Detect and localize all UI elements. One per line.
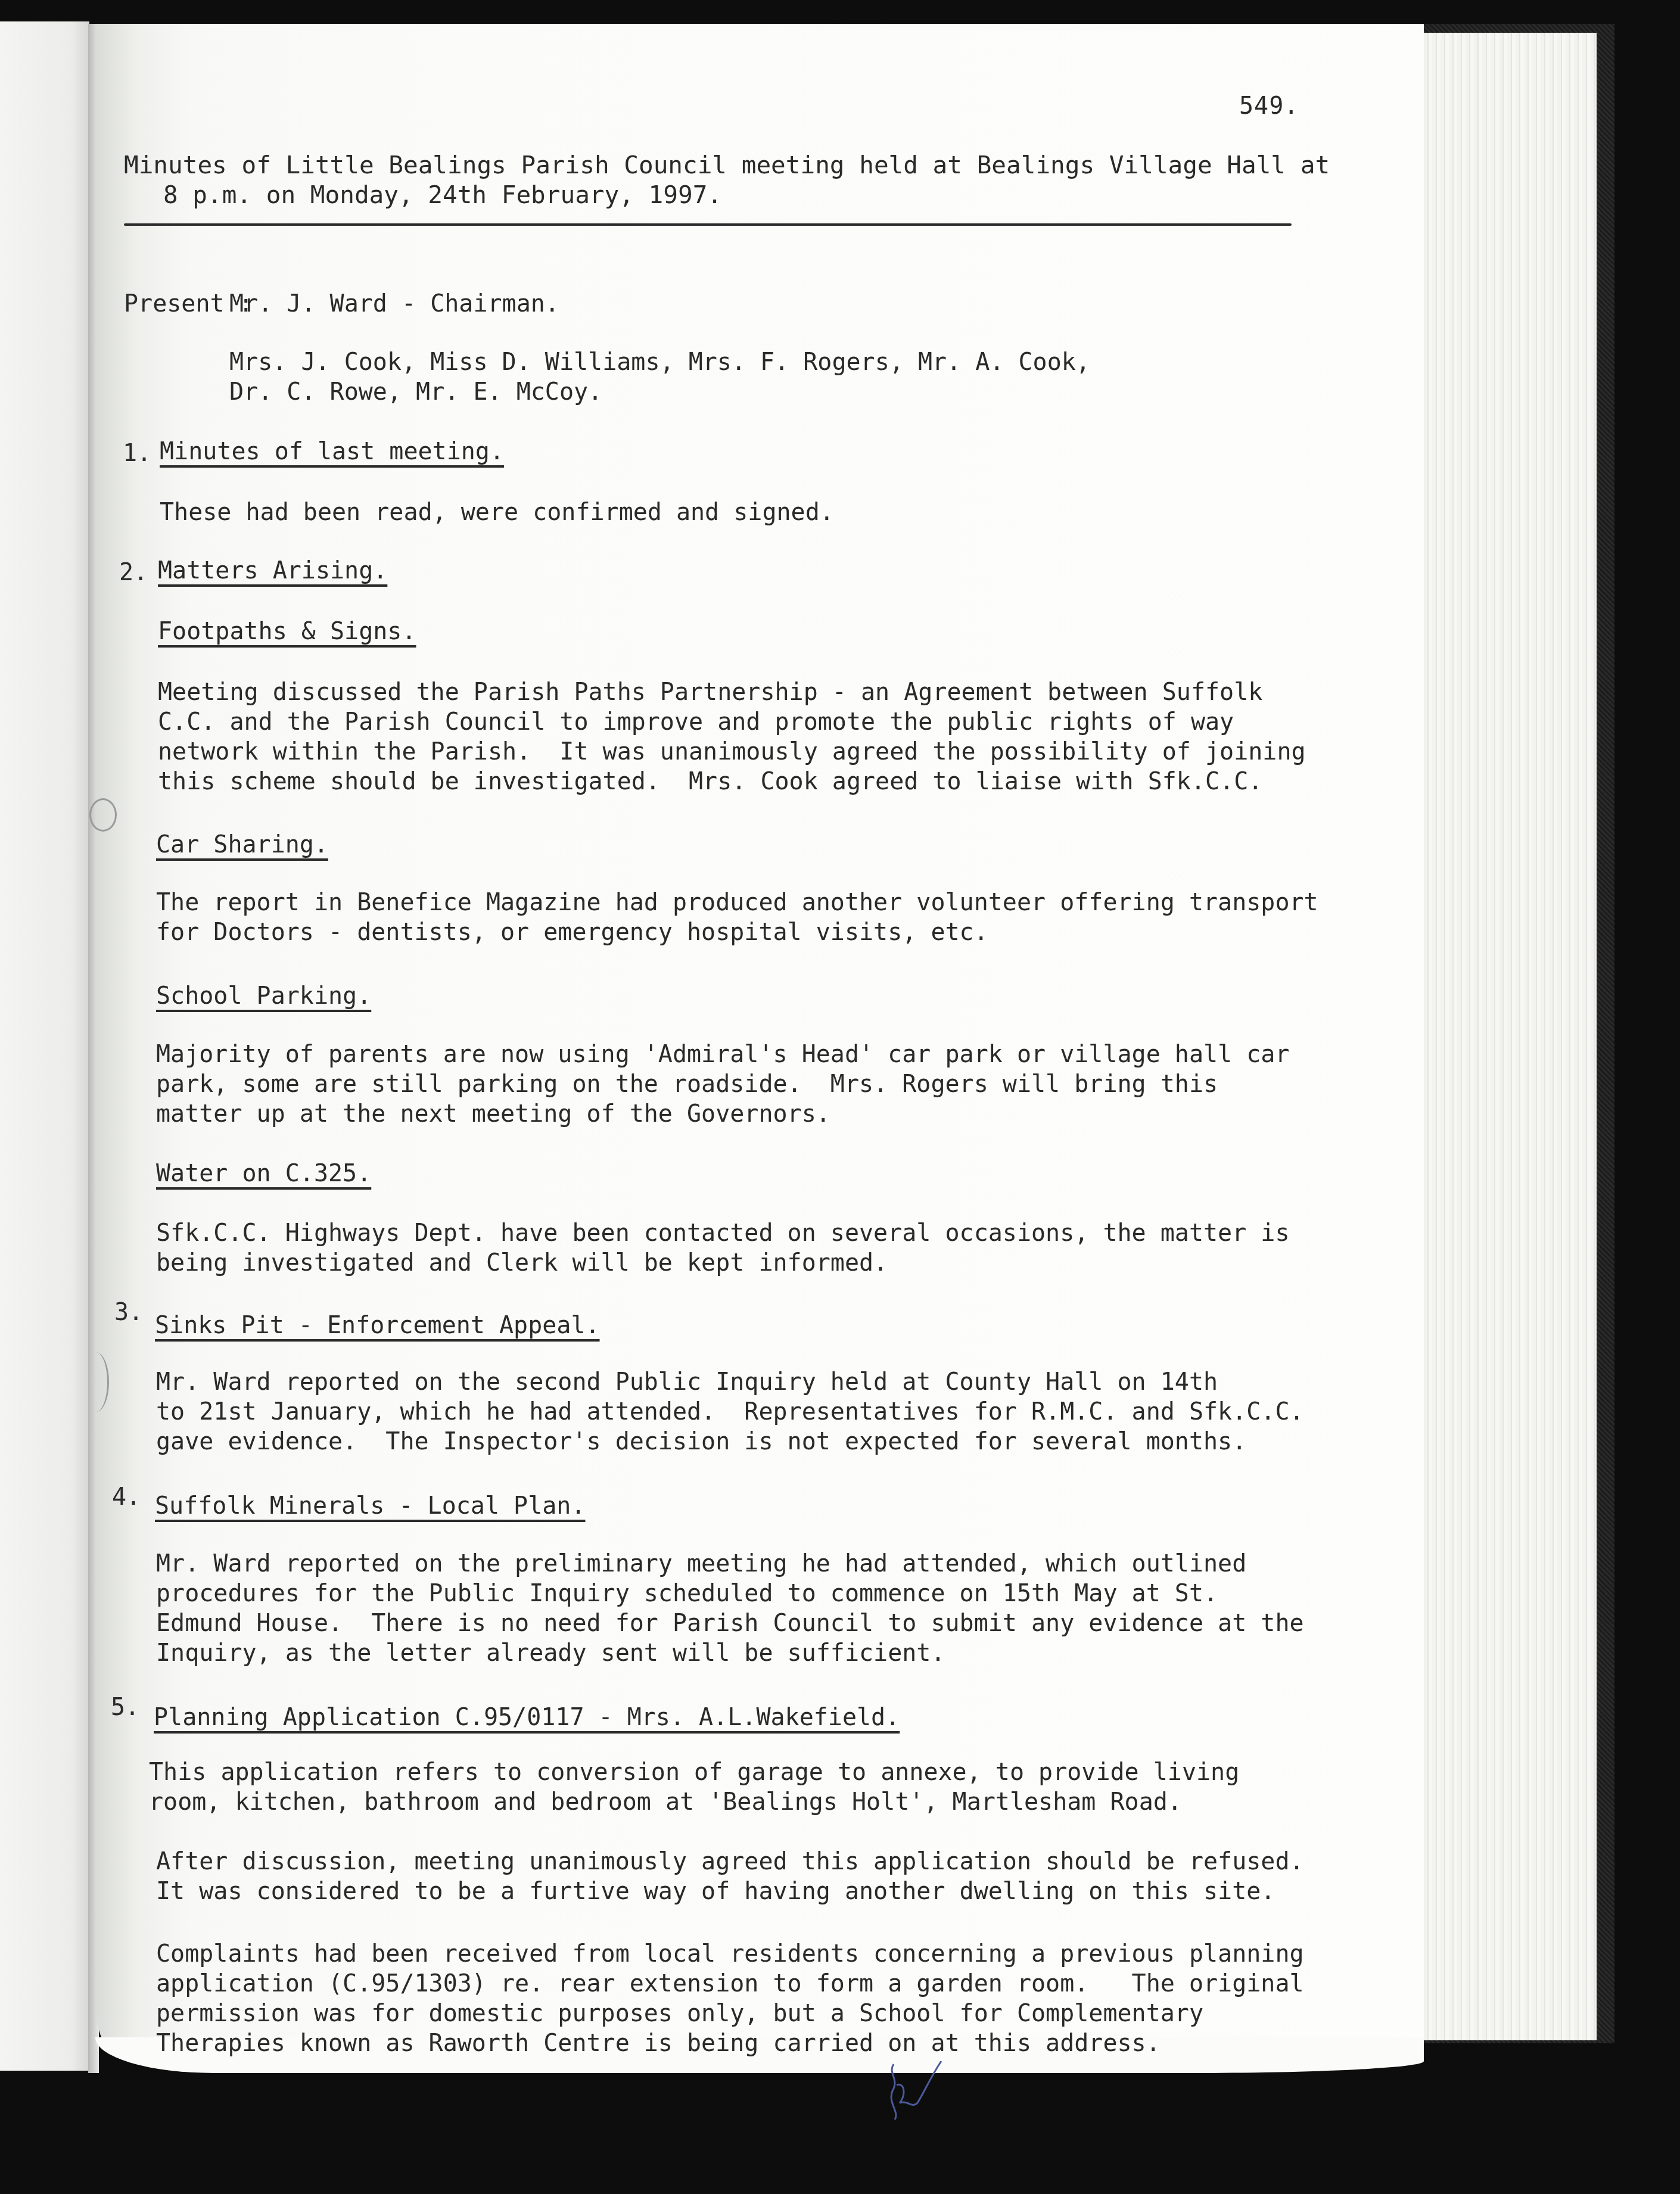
item-paragraph: This application refers to conversion of… [149, 1757, 1239, 1817]
subsection-title: Car Sharing. [156, 830, 328, 860]
item-title: Planning Application C.95/0117 - Mrs. A.… [154, 1703, 900, 1732]
item-body: Mr. Ward reported on the preliminary mee… [156, 1549, 1304, 1668]
item-body: Mr. Ward reported on the second Public I… [156, 1367, 1304, 1457]
page-number: 549. [1239, 92, 1299, 120]
item-body: These had been read, were confirmed and … [160, 497, 834, 527]
item-title: Minutes of last meeting. [160, 437, 504, 466]
heading-line-1: Minutes of Little Bealings Parish Counci… [124, 151, 1330, 179]
subsection-body: Meeting discussed the Parish Paths Partn… [158, 677, 1306, 796]
item-number: 3. [114, 1299, 143, 1326]
item-number: 2. [119, 559, 148, 586]
subsection-title: School Parking. [156, 981, 371, 1011]
item-title: Suffolk Minerals - Local Plan. [155, 1491, 585, 1521]
heading-line-2: 8 p.m. on Monday, 24th February, 1997. [124, 180, 1333, 210]
subsection-body: Sfk.C.C. Highways Dept. have been contac… [156, 1218, 1289, 1278]
item-title: Sinks Pit - Enforcement Appeal. [155, 1311, 600, 1340]
item-title: Matters Arising. [158, 556, 387, 586]
subsection-body: The report in Benefice Magazine had prod… [156, 888, 1318, 947]
item-paragraph: After discussion, meeting unanimously ag… [156, 1847, 1304, 1906]
item-number: 4. [112, 1483, 141, 1511]
minutes-heading: Minutes of Little Bealings Parish Counci… [124, 150, 1333, 210]
members-present: Mrs. J. Cook, Miss D. Williams, Mrs. F. … [229, 347, 1090, 407]
chairman: Mr. J. Ward - Chairman. [229, 289, 559, 319]
subsection-title: Water on C.325. [156, 1159, 371, 1188]
heading-rule [124, 223, 1292, 226]
item-paragraph: Complaints had been received from local … [156, 1939, 1304, 2058]
subsection-title: Footpaths & Signs. [158, 617, 416, 646]
subsection-body: Majority of parents are now using 'Admir… [156, 1040, 1289, 1129]
item-number: 5. [111, 1694, 139, 1721]
members-line-1: Mrs. J. Cook, Miss D. Williams, Mrs. F. … [229, 348, 1090, 376]
members-line-2: Dr. C. Rowe, Mr. E. McCoy. [229, 378, 602, 406]
binding-hole-mark [83, 1352, 109, 1412]
item-number: 1. [123, 440, 151, 467]
facing-page-left [0, 21, 89, 2071]
page-edges-stack [1424, 33, 1597, 2040]
signature-initials-icon [882, 2061, 947, 2121]
binding-hole-mark [89, 798, 117, 832]
